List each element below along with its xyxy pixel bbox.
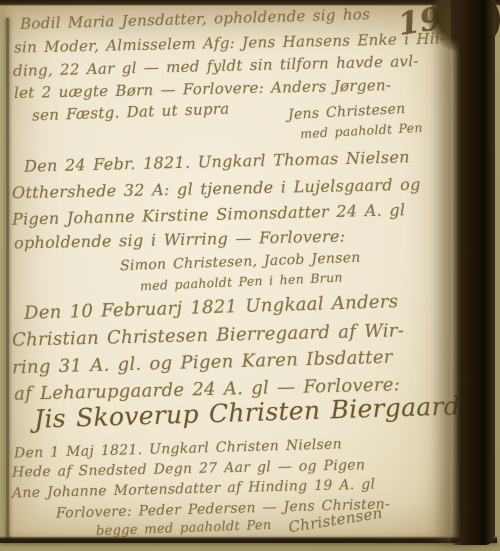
photo-frame-top-edge xyxy=(0,0,500,6)
scanned-register-page: 199 Bodil Maria Jensdatter, opholdende s… xyxy=(0,0,500,551)
book-binding-band xyxy=(451,0,495,545)
page-left-edge-line xyxy=(6,18,9,540)
page-bottom-edge-line xyxy=(0,536,497,543)
